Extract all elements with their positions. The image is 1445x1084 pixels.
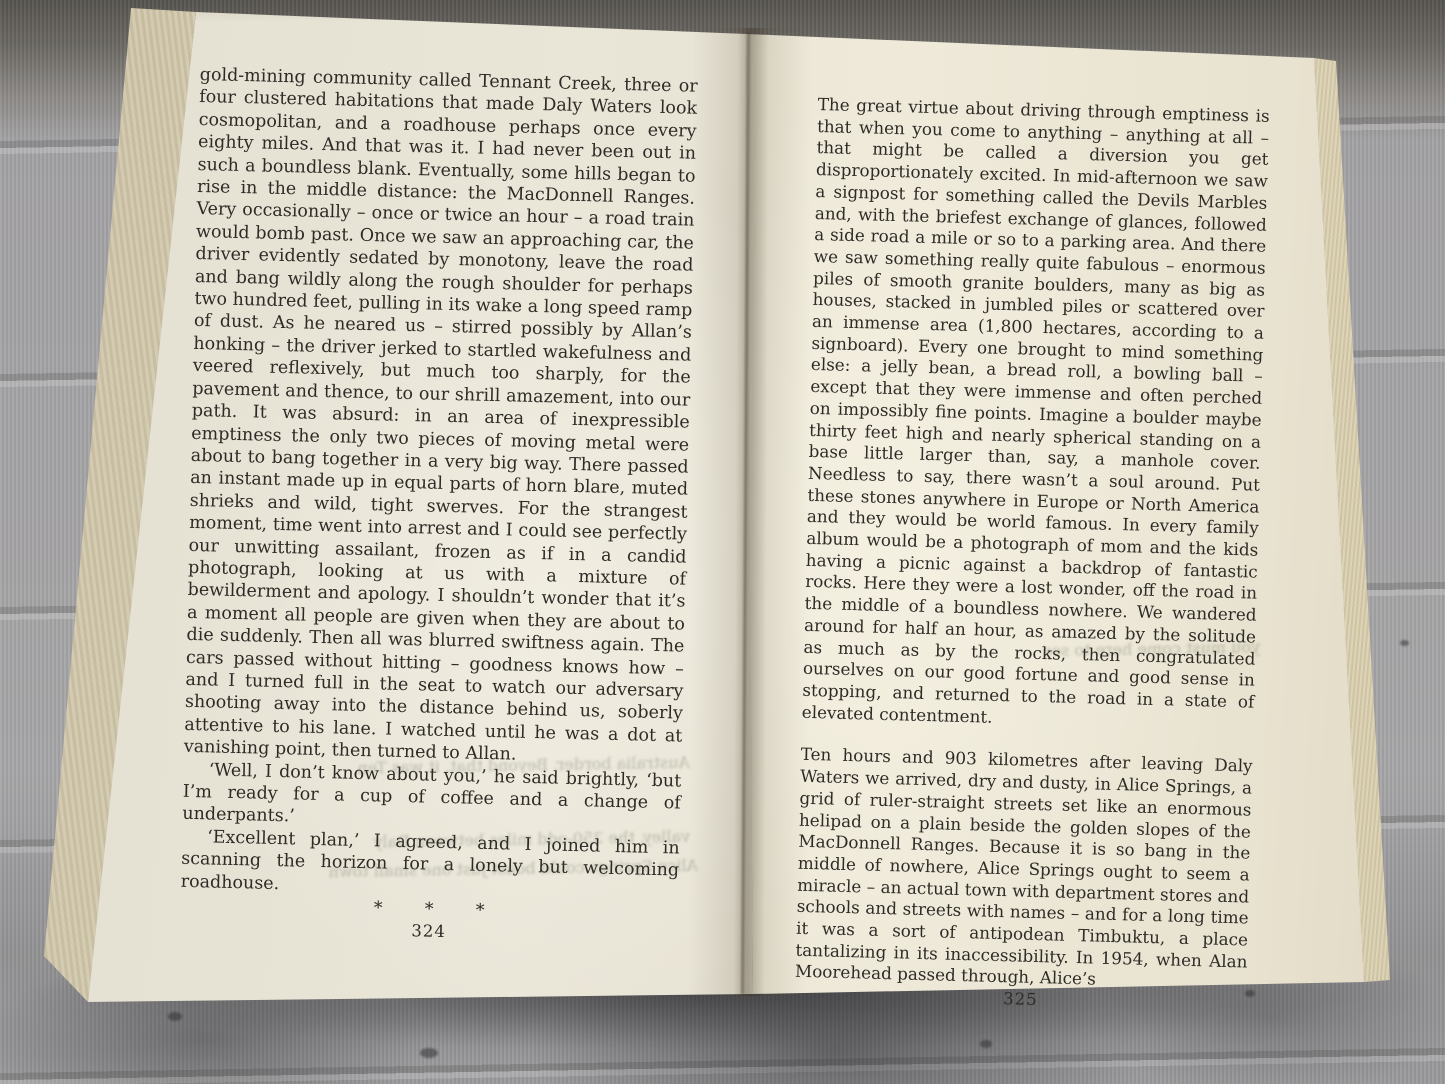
- gutter-shadow: [688, 28, 812, 997]
- left-paragraph-1: gold-mining community called Tennant Cre…: [184, 64, 698, 770]
- left-page-text: gold-mining community called Tennant Cre…: [179, 64, 697, 949]
- book-photo: Australia border. Beyond that, it was Te…: [0, 0, 1445, 1084]
- right-paragraph-2: Ten hours and 903 kilometres after leavi…: [795, 744, 1253, 994]
- right-page-text: The great virtue about driving through e…: [794, 94, 1270, 1016]
- wall-speckle: [1400, 640, 1409, 646]
- right-paragraph-1: The great virtue about driving through e…: [802, 94, 1270, 735]
- left-paragraph-3: ‘Excellent plan,’ I agreed, and I joined…: [180, 826, 679, 905]
- left-paragraph-2: ‘Well, I don’t know about you,’ he said …: [182, 758, 681, 837]
